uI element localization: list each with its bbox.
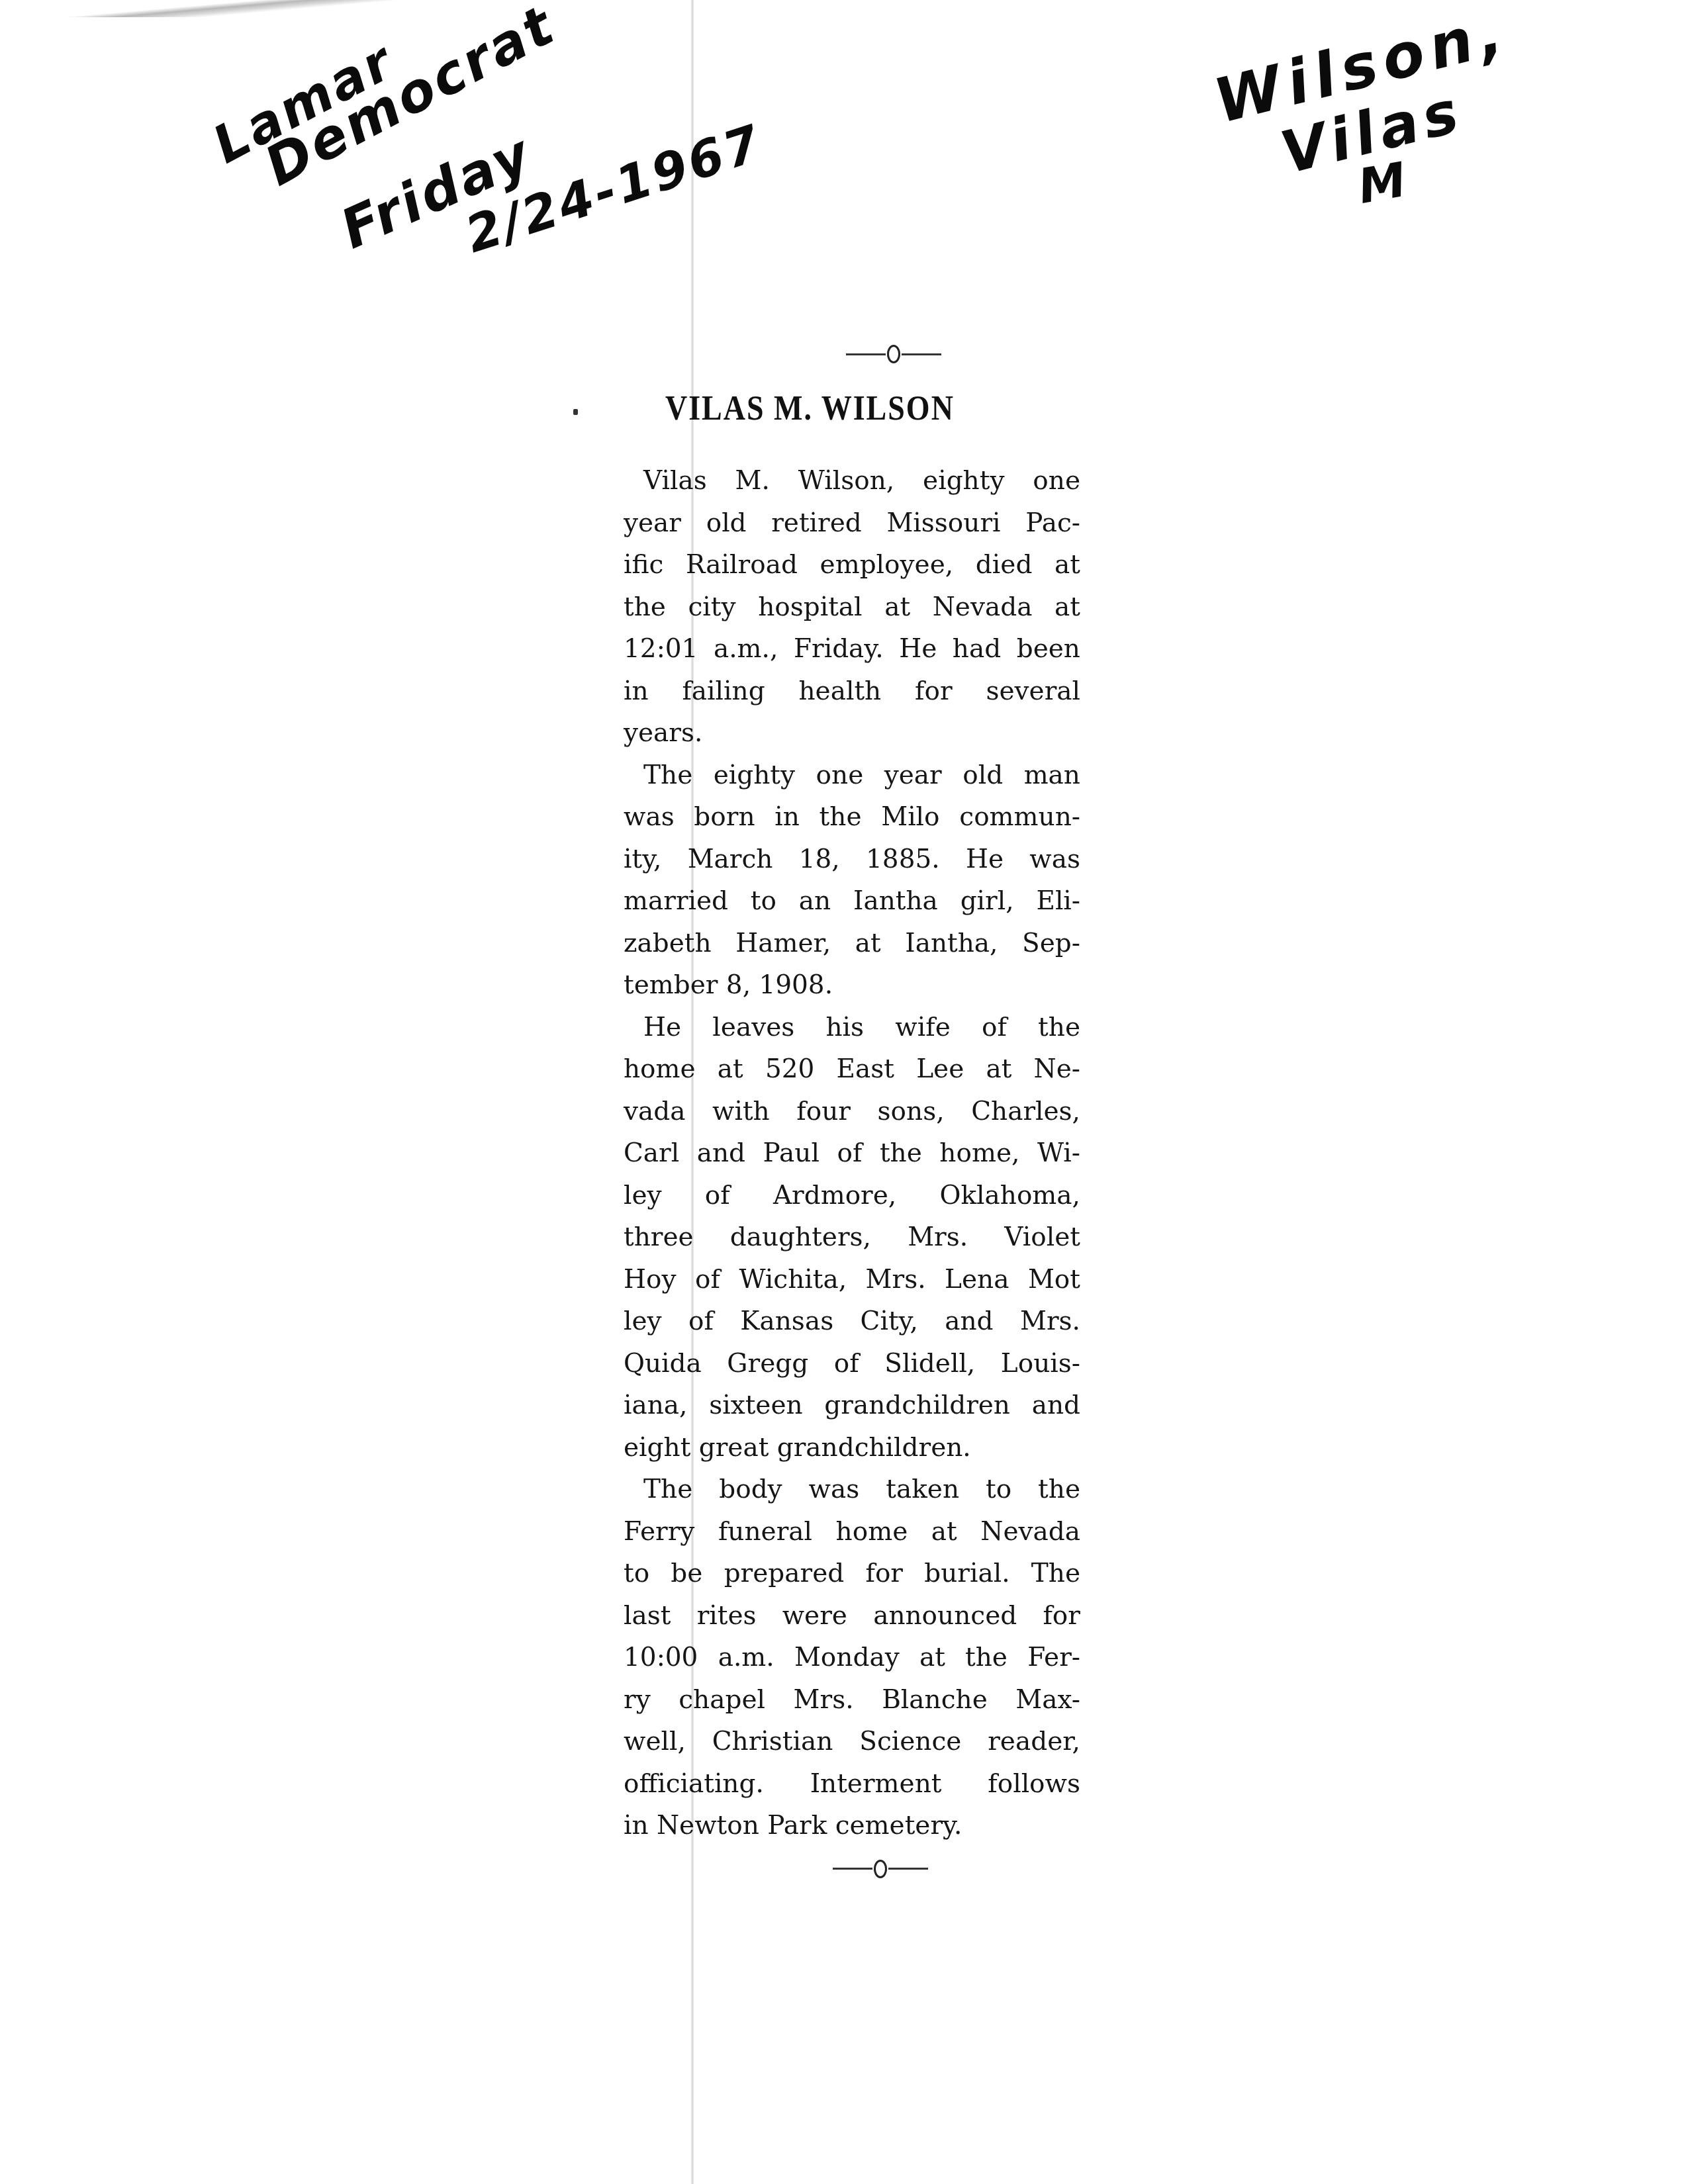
ornament-ring-icon — [874, 1860, 887, 1878]
obituary-paragraph: The eighty one year old manwas born in t… — [624, 754, 1080, 1007]
obituary-line: last rites were announced for — [624, 1595, 1080, 1637]
obituary-line: to be prepared for burial. The — [624, 1553, 1080, 1595]
obituary-line: home at 520 East Lee at Ne- — [624, 1048, 1080, 1091]
divider-ornament-bottom — [655, 1859, 1105, 1879]
divider-ornament-top — [682, 344, 1105, 364]
obituary-line: zabeth Hamer, at Iantha, Sep- — [624, 923, 1080, 965]
obituary-line: year old retired Missouri Pac- — [624, 502, 1080, 545]
obituary-line: Quida Gregg of Slidell, Louis- — [624, 1343, 1080, 1385]
obituary-line: years. — [624, 712, 1080, 754]
ornament-ring-icon — [887, 345, 900, 363]
obituary-line: Ferry funeral home at Nevada — [624, 1511, 1080, 1553]
obituary-line: three daughters, Mrs. Violet — [624, 1216, 1080, 1259]
obituary-line: ry chapel Mrs. Blanche Max- — [624, 1679, 1080, 1721]
obituary-line: iana, sixteen grandchildren and — [624, 1385, 1080, 1427]
obituary-line: He leaves his wife of the — [624, 1007, 1080, 1049]
obituary-line: The body was taken to the — [624, 1469, 1080, 1511]
obituary-headline: VILAS M. WILSON — [665, 388, 1105, 428]
scan-edge-artifact — [0, 0, 450, 17]
obituary-line: 10:00 a.m. Monday at the Fer- — [624, 1637, 1080, 1679]
obituary-line: was born in the Milo commun- — [624, 796, 1080, 839]
obituary-line: 12:01 a.m., Friday. He had been — [624, 628, 1080, 670]
scan-speck — [573, 409, 578, 415]
obituary-paragraph: Vilas M. Wilson, eighty oneyear old reti… — [624, 460, 1080, 754]
obituary-line: in Newton Park cemetery. — [624, 1805, 1080, 1847]
obituary-body: Vilas M. Wilson, eighty oneyear old reti… — [624, 460, 1080, 1847]
obituary-line: ley of Ardmore, Oklahoma, — [624, 1175, 1080, 1217]
obituary-line: ific Railroad employee, died at — [624, 544, 1080, 586]
obituary-line: married to an Iantha girl, Eli- — [624, 880, 1080, 923]
obituary-line: well, Christian Science reader, — [624, 1721, 1080, 1763]
note-initial: M — [1354, 151, 1413, 214]
obituary-line: the city hospital at Nevada at — [624, 586, 1080, 629]
obituary-line: tember 8, 1908. — [624, 964, 1080, 1007]
obituary-line: ley of Kansas City, and Mrs. — [624, 1300, 1080, 1343]
obituary-line: Vilas M. Wilson, eighty one — [624, 460, 1080, 502]
obituary-line: vada with four sons, Charles, — [624, 1091, 1080, 1133]
obituary-line: Hoy of Wichita, Mrs. Lena Mot — [624, 1259, 1080, 1301]
obituary-line: in failing health for several — [624, 670, 1080, 713]
obituary-paragraph: The body was taken to theFerry funeral h… — [624, 1469, 1080, 1847]
obituary-line: ity, March 18, 1885. He was — [624, 839, 1080, 881]
obituary-line: Carl and Paul of the home, Wi- — [624, 1132, 1080, 1175]
obituary-line: officiating. Interment follows — [624, 1763, 1080, 1805]
obituary-clipping: VILAS M. WILSON Vilas M. Wilson, eighty … — [609, 344, 1105, 1879]
obituary-line: The eighty one year old man — [624, 754, 1080, 797]
obituary-paragraph: He leaves his wife of thehome at 520 Eas… — [624, 1007, 1080, 1469]
obituary-line: eight great grandchildren. — [624, 1427, 1080, 1469]
